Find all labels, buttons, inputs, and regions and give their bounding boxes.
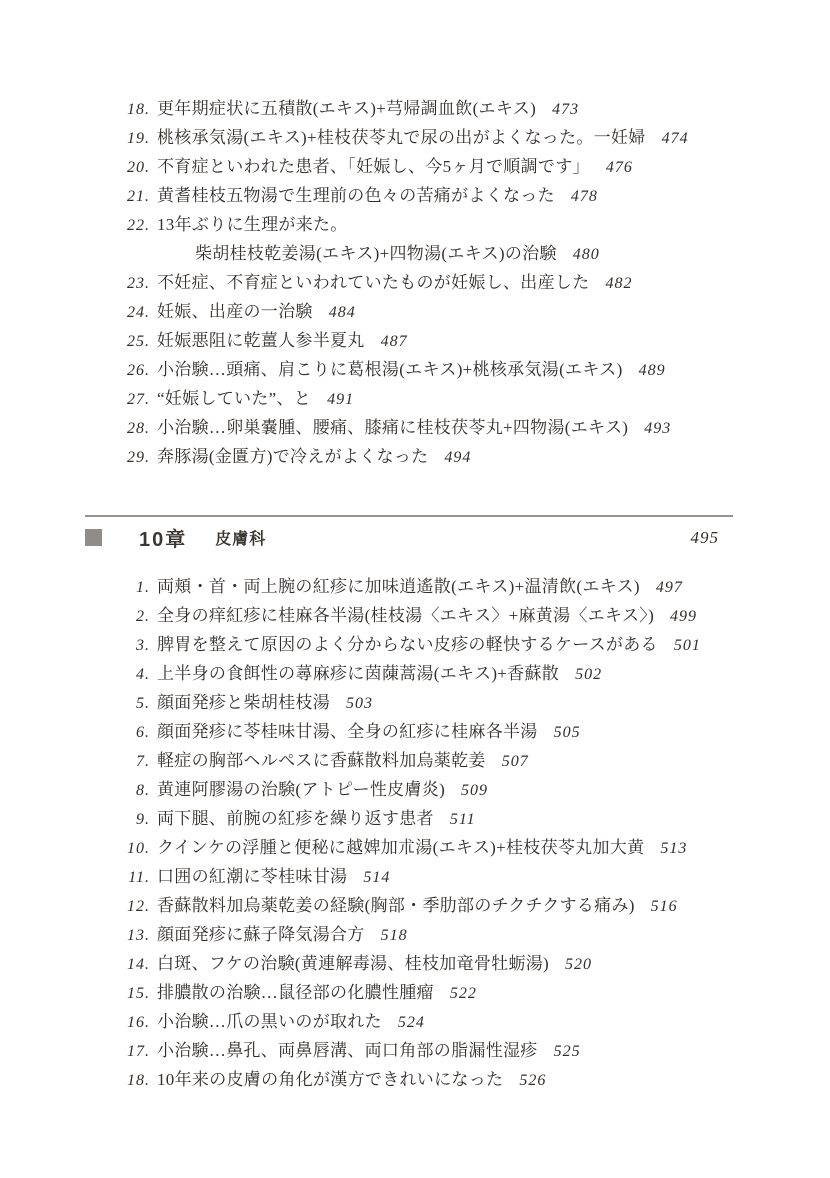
- entry-title: “妊娠していた”、と: [157, 384, 311, 413]
- toc-entry: 24.妊娠、出産の一治験484: [100, 297, 770, 326]
- entry-page-number: 526: [519, 1066, 546, 1095]
- entry-number: 23.: [100, 269, 157, 298]
- entry-page-number: 522: [450, 979, 477, 1008]
- entry-title: 小治験…鼻孔、両鼻唇溝、両口角部の脂漏性湿疹: [157, 1036, 538, 1065]
- entry-number: 25.: [100, 327, 157, 356]
- entry-page-number: 503: [346, 689, 373, 718]
- entry-page-number: 480: [573, 240, 600, 269]
- toc-entry: 15.排膿散の治験…鼠径部の化膿性腫瘤522: [100, 978, 780, 1007]
- entry-page-number: 507: [502, 747, 529, 776]
- entry-title: 顔面発疹に苓桂味甘湯、全身の紅疹に桂麻各半湯: [157, 717, 538, 746]
- entry-page-number: 484: [329, 298, 356, 327]
- chapter-title-row: 10章 皮膚科 495: [85, 523, 733, 552]
- entry-number: 11.: [100, 863, 157, 892]
- entry-number: 29.: [100, 443, 157, 472]
- entry-number: 24.: [100, 298, 157, 327]
- entry-page-number: 520: [565, 950, 592, 979]
- entry-page-number: 473: [552, 95, 579, 124]
- chapter-title: 皮膚科: [215, 526, 266, 549]
- toc-entry: 13.顔面発疹に蘇子降気湯合方518: [100, 920, 780, 949]
- toc-entry: 11.口囲の紅潮に苓桂味甘湯514: [100, 862, 780, 891]
- entry-page-number: 493: [644, 414, 671, 443]
- entry-title: 顔面発疹と柴胡桂枝湯: [157, 688, 330, 717]
- entry-number: 16.: [100, 1008, 157, 1037]
- entry-title: 10年来の皮膚の角化が漢方できれいになった: [157, 1065, 503, 1094]
- toc-entry: 23.不妊症、不育症といわれていたものが妊娠し、出産した482: [100, 268, 770, 297]
- entry-title: 不育症といわれた患者、「妊娠し、今5ヶ月で順調です」: [157, 152, 590, 181]
- entry-title: 香蘇散料加烏薬乾姜の経験(胸部・季肋部のチクチクする痛み): [157, 891, 635, 920]
- entry-title: 13年ぶりに生理が来た。: [157, 210, 348, 239]
- toc-entry: 10.クインケの浮腫と便秘に越婢加朮湯(エキス)+桂枝茯苓丸加大黄513: [100, 833, 780, 862]
- toc-entry: 2.全身の痒紅疹に桂麻各半湯(桂枝湯〈エキス〉+麻黄湯〈エキス〉)499: [100, 601, 780, 630]
- toc-entry: 12.香蘇散料加烏薬乾姜の経験(胸部・季肋部のチクチクする痛み)516: [100, 891, 780, 920]
- entry-page-number: 474: [662, 124, 689, 153]
- entry-page-number: 499: [670, 602, 697, 631]
- toc-entry: 26.小治験…頭痛、肩こりに葛根湯(エキス)+桃核承気湯(エキス)489: [100, 355, 770, 384]
- entry-page-number: 505: [554, 718, 581, 747]
- entry-title: 顔面発疹に蘇子降気湯合方: [157, 920, 365, 949]
- entry-page-number: 476: [606, 153, 633, 182]
- entry-number: 19.: [100, 124, 157, 153]
- toc-entry: 5.顔面発疹と柴胡桂枝湯503: [100, 688, 780, 717]
- entry-number: 20.: [100, 153, 157, 182]
- entry-page-number: 497: [656, 573, 683, 602]
- entry-page-number: 491: [327, 385, 354, 414]
- entry-number: 28.: [100, 414, 157, 443]
- entry-number: 10.: [100, 834, 157, 863]
- entry-title: 妊娠悪阻に乾薑人参半夏丸: [157, 326, 365, 355]
- entry-title: 両下腿、前腕の紅疹を繰り返す患者: [157, 804, 434, 833]
- entry-number: 18.: [100, 1066, 157, 1095]
- entry-number: 13.: [100, 921, 157, 950]
- entry-title: 両頬・首・両上腕の紅疹に加味逍遙散(エキス)+温清飲(エキス): [157, 572, 640, 601]
- toc-entry: 4.上半身の食餌性の蕁麻疹に茵蔯蒿湯(エキス)+香蘇散502: [100, 659, 780, 688]
- toc-entry: 1.両頬・首・両上腕の紅疹に加味逍遙散(エキス)+温清飲(エキス)497: [100, 572, 780, 601]
- entry-number: 5.: [100, 689, 157, 718]
- entry-page-number: 516: [651, 892, 678, 921]
- toc-entry: 16.小治験…爪の黒いのが取れた524: [100, 1007, 780, 1036]
- entry-number: 14.: [100, 950, 157, 979]
- entry-number: 4.: [100, 660, 157, 689]
- entry-title: 黄連阿膠湯の治験(アトピー性皮膚炎): [157, 775, 445, 804]
- entry-page-number: 513: [660, 834, 687, 863]
- entry-title: 桃核承気湯(エキス)+桂枝茯苓丸で尿の出がよくなった。一妊婦: [157, 123, 646, 152]
- toc-entry: 21.黄耆桂枝五物湯で生理前の色々の苦痛がよくなった478: [100, 181, 770, 210]
- toc-entry: 19.桃核承気湯(エキス)+桂枝茯苓丸で尿の出がよくなった。一妊婦474: [100, 123, 770, 152]
- chapter-page-number: 495: [691, 528, 734, 548]
- entry-number: 18.: [100, 95, 157, 124]
- entry-title: 全身の痒紅疹に桂麻各半湯(桂枝湯〈エキス〉+麻黄湯〈エキス〉): [157, 601, 654, 630]
- toc-entry: 17.小治験…鼻孔、両鼻唇溝、両口角部の脂漏性湿疹525: [100, 1036, 780, 1065]
- entry-number: 17.: [100, 1037, 157, 1066]
- entry-title: 上半身の食餌性の蕁麻疹に茵蔯蒿湯(エキス)+香蘇散: [157, 659, 559, 688]
- entry-number: 15.: [100, 979, 157, 1008]
- chapter-header: 10章 皮膚科 495: [85, 515, 733, 552]
- entry-page-number: 494: [444, 443, 471, 472]
- entry-page-number: 489: [639, 356, 666, 385]
- toc-entry-continuation: 柴胡桂枝乾姜湯(エキス)+四物湯(エキス)の治験480: [100, 239, 770, 268]
- entry-title: 不妊症、不育症といわれていたものが妊娠し、出産した: [157, 268, 590, 297]
- toc-entry: 7.軽症の胸部ヘルペスに香蘇散料加烏薬乾姜507: [100, 746, 780, 775]
- toc-entry: 22.13年ぶりに生理が来た。: [100, 210, 770, 239]
- toc-entry: 18.更年期症状に五積散(エキス)+芎帰調血飲(エキス)473: [100, 94, 770, 123]
- entry-number: 26.: [100, 356, 157, 385]
- toc-entry: 3.脾胃を整えて原因のよく分からない皮疹の軽快するケースがある501: [100, 630, 780, 659]
- toc-entry: 29.奔豚湯(金匱方)で冷えがよくなった494: [100, 442, 770, 471]
- chapter-rule: [85, 515, 733, 517]
- toc-list-previous-chapter: 18.更年期症状に五積散(エキス)+芎帰調血飲(エキス)473 19.桃核承気湯…: [100, 94, 770, 471]
- entry-number: 27.: [100, 385, 157, 414]
- entry-number: 12.: [100, 892, 157, 921]
- entry-number: 9.: [100, 805, 157, 834]
- entry-number: 6.: [100, 718, 157, 747]
- entry-title: 小治験…頭痛、肩こりに葛根湯(エキス)+桃核承気湯(エキス): [157, 355, 623, 384]
- entry-title: 奔豚湯(金匱方)で冷えがよくなった: [157, 442, 428, 471]
- toc-entry: 8.黄連阿膠湯の治験(アトピー性皮膚炎)509: [100, 775, 780, 804]
- toc-entry: 9.両下腿、前腕の紅疹を繰り返す患者511: [100, 804, 780, 833]
- entry-title: 軽症の胸部ヘルペスに香蘇散料加烏薬乾姜: [157, 746, 486, 775]
- entry-title: 脾胃を整えて原因のよく分からない皮疹の軽快するケースがある: [157, 630, 658, 659]
- entry-title: 口囲の紅潮に苓桂味甘湯: [157, 862, 347, 891]
- entry-title: 柴胡桂枝乾姜湯(エキス)+四物湯(エキス)の治験: [195, 239, 557, 268]
- toc-entry: 27.“妊娠していた”、と491: [100, 384, 770, 413]
- entry-title: クインケの浮腫と便秘に越婢加朮湯(エキス)+桂枝茯苓丸加大黄: [157, 833, 644, 862]
- entry-number: 1.: [100, 573, 157, 602]
- entry-page-number: 487: [381, 327, 408, 356]
- entry-number: 2.: [100, 602, 157, 631]
- toc-list-chapter-10: 1.両頬・首・両上腕の紅疹に加味逍遙散(エキス)+温清飲(エキス)497 2.全…: [100, 572, 780, 1094]
- entry-page-number: 511: [450, 805, 476, 834]
- entry-page-number: 509: [461, 776, 488, 805]
- toc-entry: 28.小治験…卵巣嚢腫、腰痛、膝痛に桂枝茯苓丸+四物湯(エキス)493: [100, 413, 770, 442]
- entry-page-number: 525: [554, 1037, 581, 1066]
- toc-page: 18.更年期症状に五積散(エキス)+芎帰調血飲(エキス)473 19.桃核承気湯…: [0, 0, 830, 1178]
- entry-number: 3.: [100, 631, 157, 660]
- entry-title: 小治験…爪の黒いのが取れた: [157, 1007, 382, 1036]
- entry-title: 黄耆桂枝五物湯で生理前の色々の苦痛がよくなった: [157, 181, 555, 210]
- toc-entry: 6.顔面発疹に苓桂味甘湯、全身の紅疹に桂麻各半湯505: [100, 717, 780, 746]
- entry-number: 21.: [100, 182, 157, 211]
- toc-entry: 25.妊娠悪阻に乾薑人参半夏丸487: [100, 326, 770, 355]
- entry-page-number: 518: [381, 921, 408, 950]
- chapter-number: 10章: [139, 523, 187, 552]
- toc-entry: 18.10年来の皮膚の角化が漢方できれいになった526: [100, 1065, 780, 1094]
- entry-page-number: 501: [674, 631, 701, 660]
- entry-title: 白斑、フケの治験(黄連解毒湯、桂枝加竜骨牡蛎湯): [157, 949, 549, 978]
- entry-number: 22.: [100, 211, 157, 240]
- toc-entry: 14.白斑、フケの治験(黄連解毒湯、桂枝加竜骨牡蛎湯)520: [100, 949, 780, 978]
- entry-number: 7.: [100, 747, 157, 776]
- entry-number: 8.: [100, 776, 157, 805]
- entry-title: 排膿散の治験…鼠径部の化膿性腫瘤: [157, 978, 434, 1007]
- toc-entry: 20.不育症といわれた患者、「妊娠し、今5ヶ月で順調です」476: [100, 152, 770, 181]
- entry-page-number: 478: [571, 182, 598, 211]
- chapter-marker-square-icon: [85, 529, 102, 546]
- entry-page-number: 482: [606, 269, 633, 298]
- entry-title: 更年期症状に五積散(エキス)+芎帰調血飲(エキス): [157, 94, 536, 123]
- entry-page-number: 502: [575, 660, 602, 689]
- entry-title: 妊娠、出産の一治験: [157, 297, 313, 326]
- entry-page-number: 524: [398, 1008, 425, 1037]
- entry-page-number: 514: [363, 863, 390, 892]
- entry-title: 小治験…卵巣嚢腫、腰痛、膝痛に桂枝茯苓丸+四物湯(エキス): [157, 413, 628, 442]
